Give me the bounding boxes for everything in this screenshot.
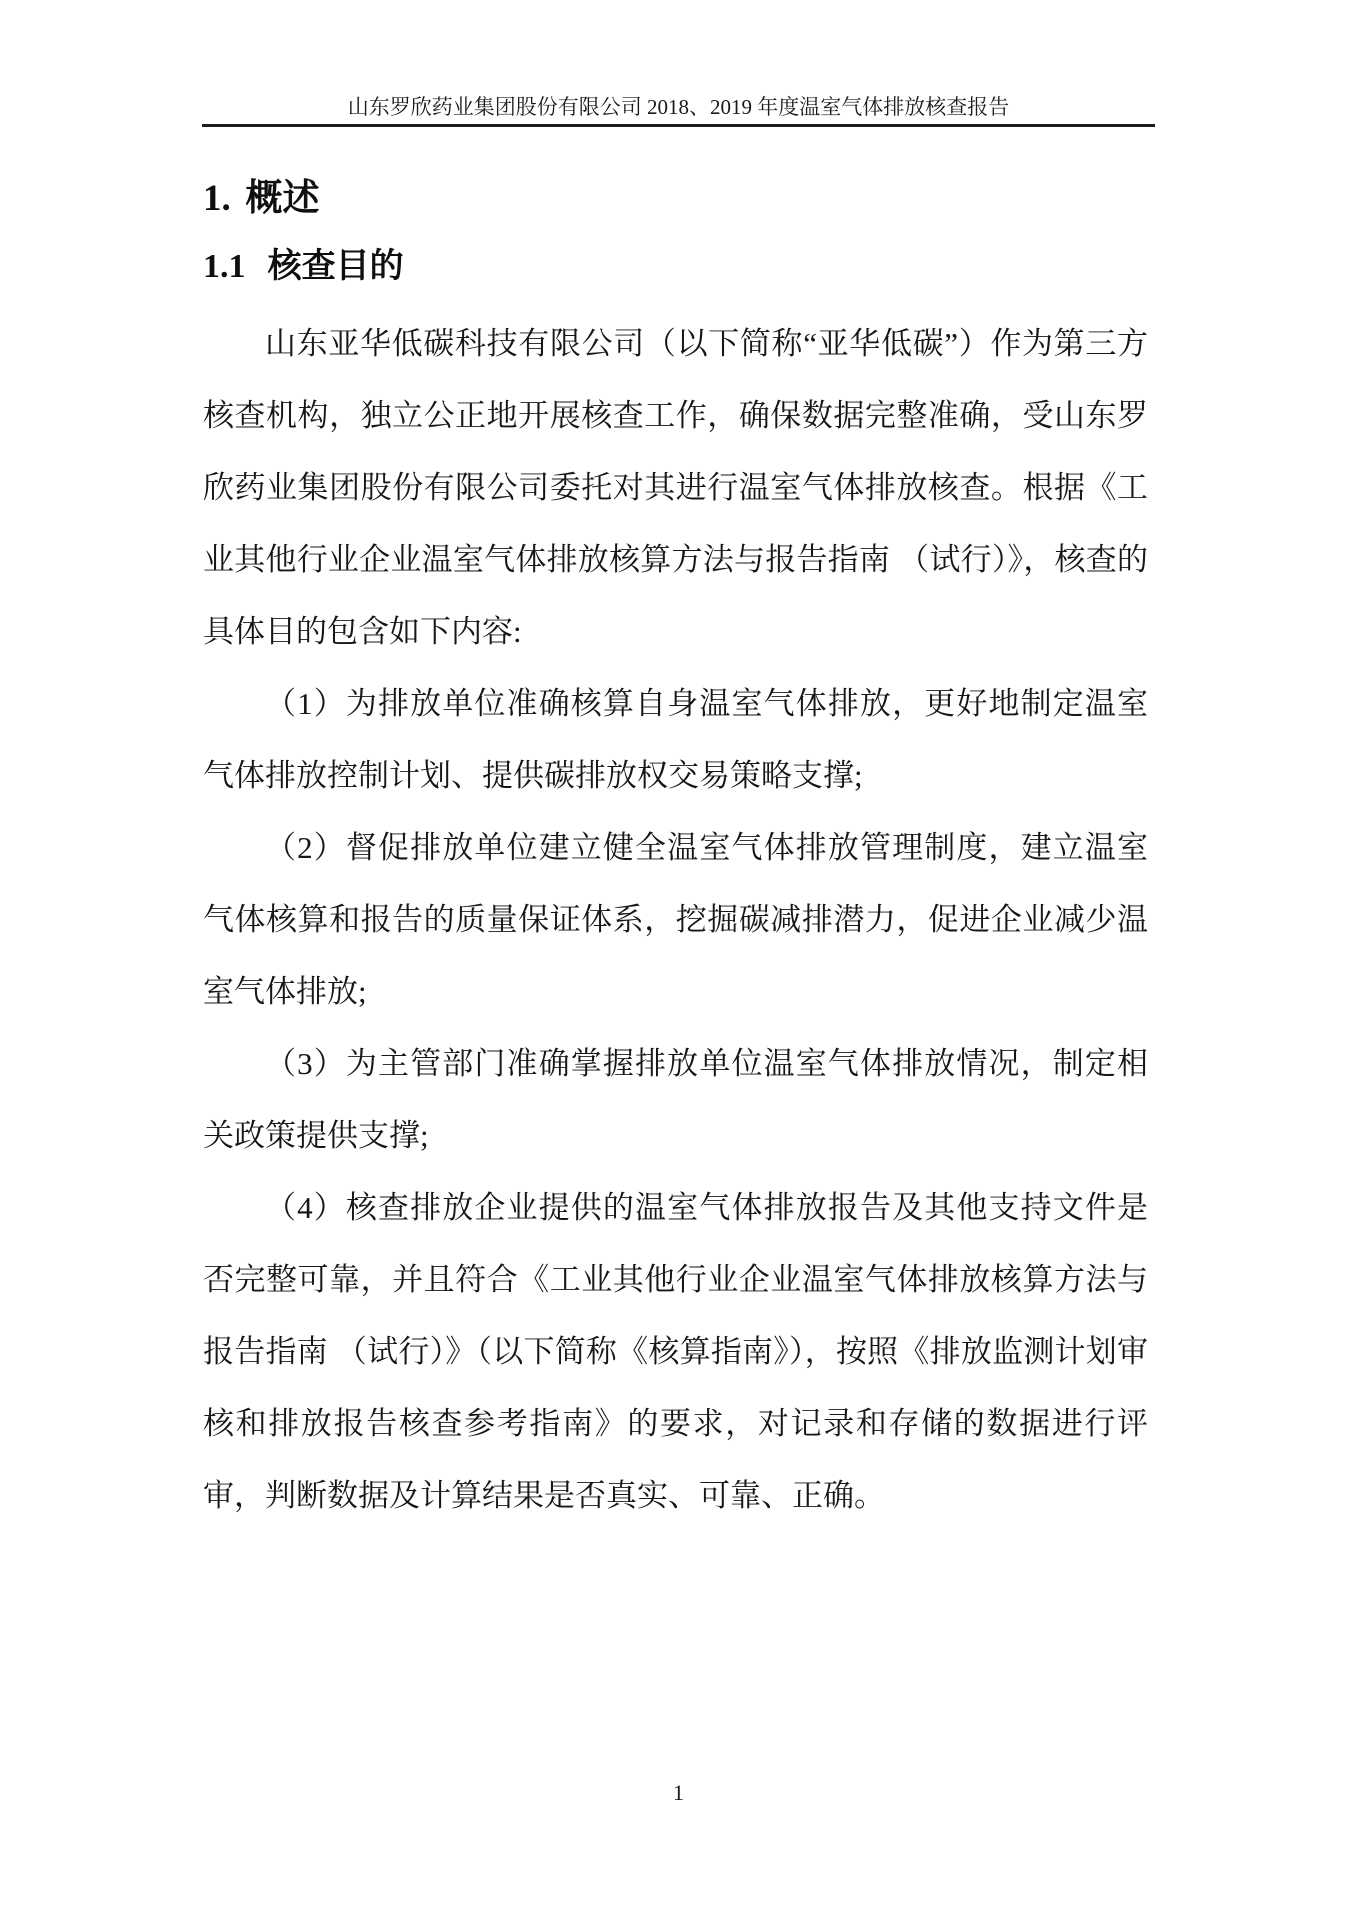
paragraph-item-1: （1）为排放单位准确核算自身温室气体排放，更好地制定温室气体排放控制计划、提供碳…	[203, 668, 1148, 812]
body-text: 山东亚华低碳科技有限公司（以下简称“亚华低碳”）作为第三方核查机构，独立公正地开…	[203, 308, 1148, 1532]
paragraph-item-4: （4）核查排放企业提供的温室气体排放报告及其他支持文件是否完整可靠，并且符合《工…	[203, 1172, 1148, 1532]
header-divider-rule	[202, 124, 1155, 127]
chapter-number: 1.	[203, 178, 231, 219]
subsection-heading: 1.1核查目的	[203, 250, 404, 284]
paragraph-item-3: （3）为主管部门准确掌握排放单位温室气体排放情况，制定相关政策提供支撑;	[203, 1028, 1148, 1172]
report-page: 山东罗欣药业集团股份有限公司 2018、2019 年度温室气体排放核查报告 1.…	[0, 0, 1357, 1920]
page-number: 1	[202, 1782, 1155, 1804]
chapter-heading: 1.概述	[203, 180, 320, 217]
subsection-number: 1.1	[203, 248, 246, 285]
paragraph-item-2: （2）督促排放单位建立健全温室气体排放管理制度，建立温室气体核算和报告的质量保证…	[203, 812, 1148, 1028]
paragraph-intro: 山东亚华低碳科技有限公司（以下简称“亚华低碳”）作为第三方核查机构，独立公正地开…	[203, 308, 1148, 668]
chapter-title: 概述	[246, 178, 320, 219]
subsection-title: 核查目的	[268, 248, 404, 285]
page-header-title: 山东罗欣药业集团股份有限公司 2018、2019 年度温室气体排放核查报告	[202, 96, 1155, 119]
